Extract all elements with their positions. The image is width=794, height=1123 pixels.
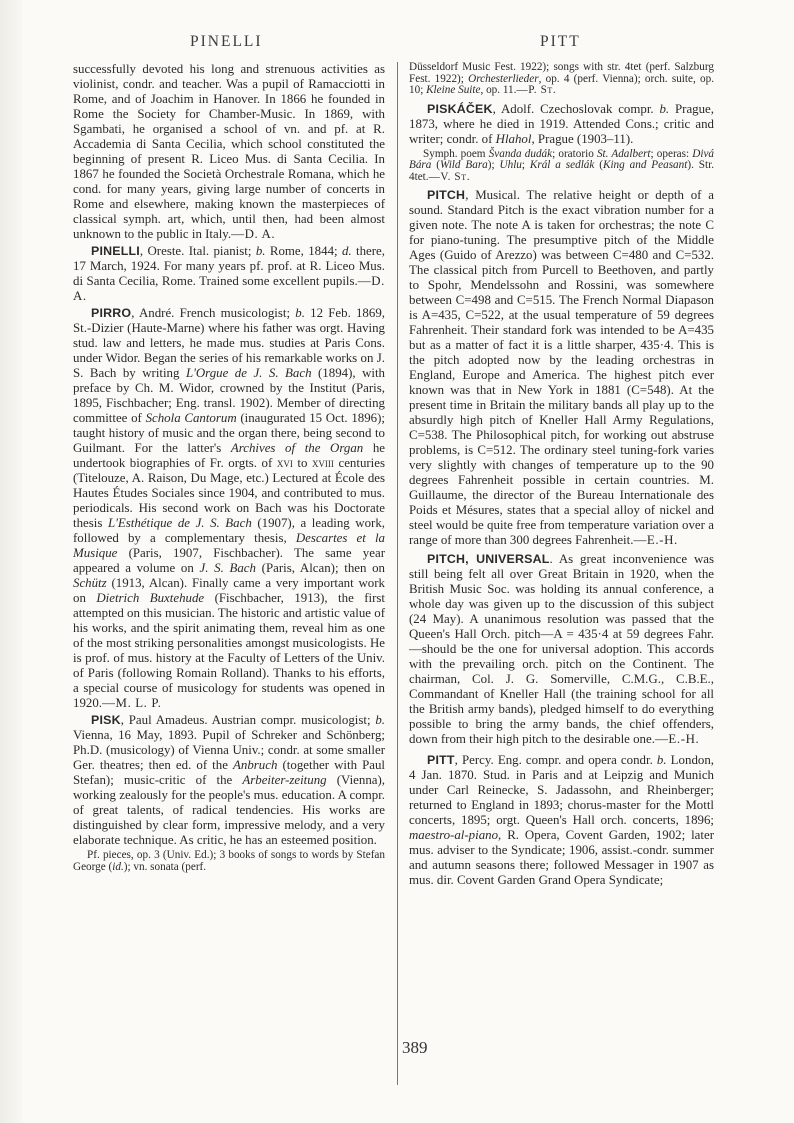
entry-pitch-universal: PITCH, UNIVERSAL. As great inconvenience…	[409, 552, 714, 747]
works-list-continuation: Düsseldorf Music Fest. 1922); songs with…	[409, 62, 714, 97]
page-binding-edge	[0, 0, 22, 1123]
entry-pitt-percy: PITT, Percy. Eng. compr. and opera condr…	[409, 753, 714, 888]
author-signature: —V. St.	[429, 171, 471, 183]
headword: PISK	[91, 713, 121, 727]
left-column: successfully devoted his long and strenu…	[73, 62, 385, 873]
headword: PINELLI	[91, 244, 140, 258]
running-head-left: PINELLI	[190, 33, 263, 51]
headword: PISKÁČEK	[427, 102, 493, 116]
entry-pirro-andre: PIRRO, André. French musicologist; b. 12…	[73, 306, 385, 711]
author-signature: —E.-H.	[633, 533, 677, 547]
running-head-right: PITT	[540, 33, 581, 51]
column-divider	[397, 62, 398, 1085]
page-number: 389	[402, 1038, 428, 1058]
entry-continuation: successfully devoted his long and strenu…	[73, 62, 385, 242]
author-signature: —P. St.	[516, 84, 556, 96]
right-column: Düsseldorf Music Fest. 1922); songs with…	[409, 62, 714, 888]
headword: PIRRO	[91, 306, 131, 320]
author-signature: —D. A.	[231, 227, 275, 241]
entry-piskacek-adolf: PISKÁČEK, Adolf. Czechoslovak compr. b. …	[409, 102, 714, 147]
author-signature: —M. L. P.	[102, 696, 161, 710]
works-list: Pf. pieces, op. 3 (Univ. Ed.); 3 books o…	[73, 850, 385, 873]
author-signature: —E.-H.	[655, 732, 699, 746]
headword: PITCH	[427, 188, 465, 202]
headword: PITCH, UNIVERSAL	[427, 552, 550, 566]
entry-pitch-musical: PITCH, Musical. The relative height or d…	[409, 188, 714, 548]
headword: PITT	[427, 753, 455, 767]
works-list: Symph. poem Švanda dudák; oratorio St. A…	[409, 149, 714, 184]
entry-pisk-paul: PISK, Paul Amadeus. Austrian compr. musi…	[73, 713, 385, 848]
entry-pinelli-oreste: PINELLI, Oreste. Ital. pianist; b. Rome,…	[73, 244, 385, 304]
